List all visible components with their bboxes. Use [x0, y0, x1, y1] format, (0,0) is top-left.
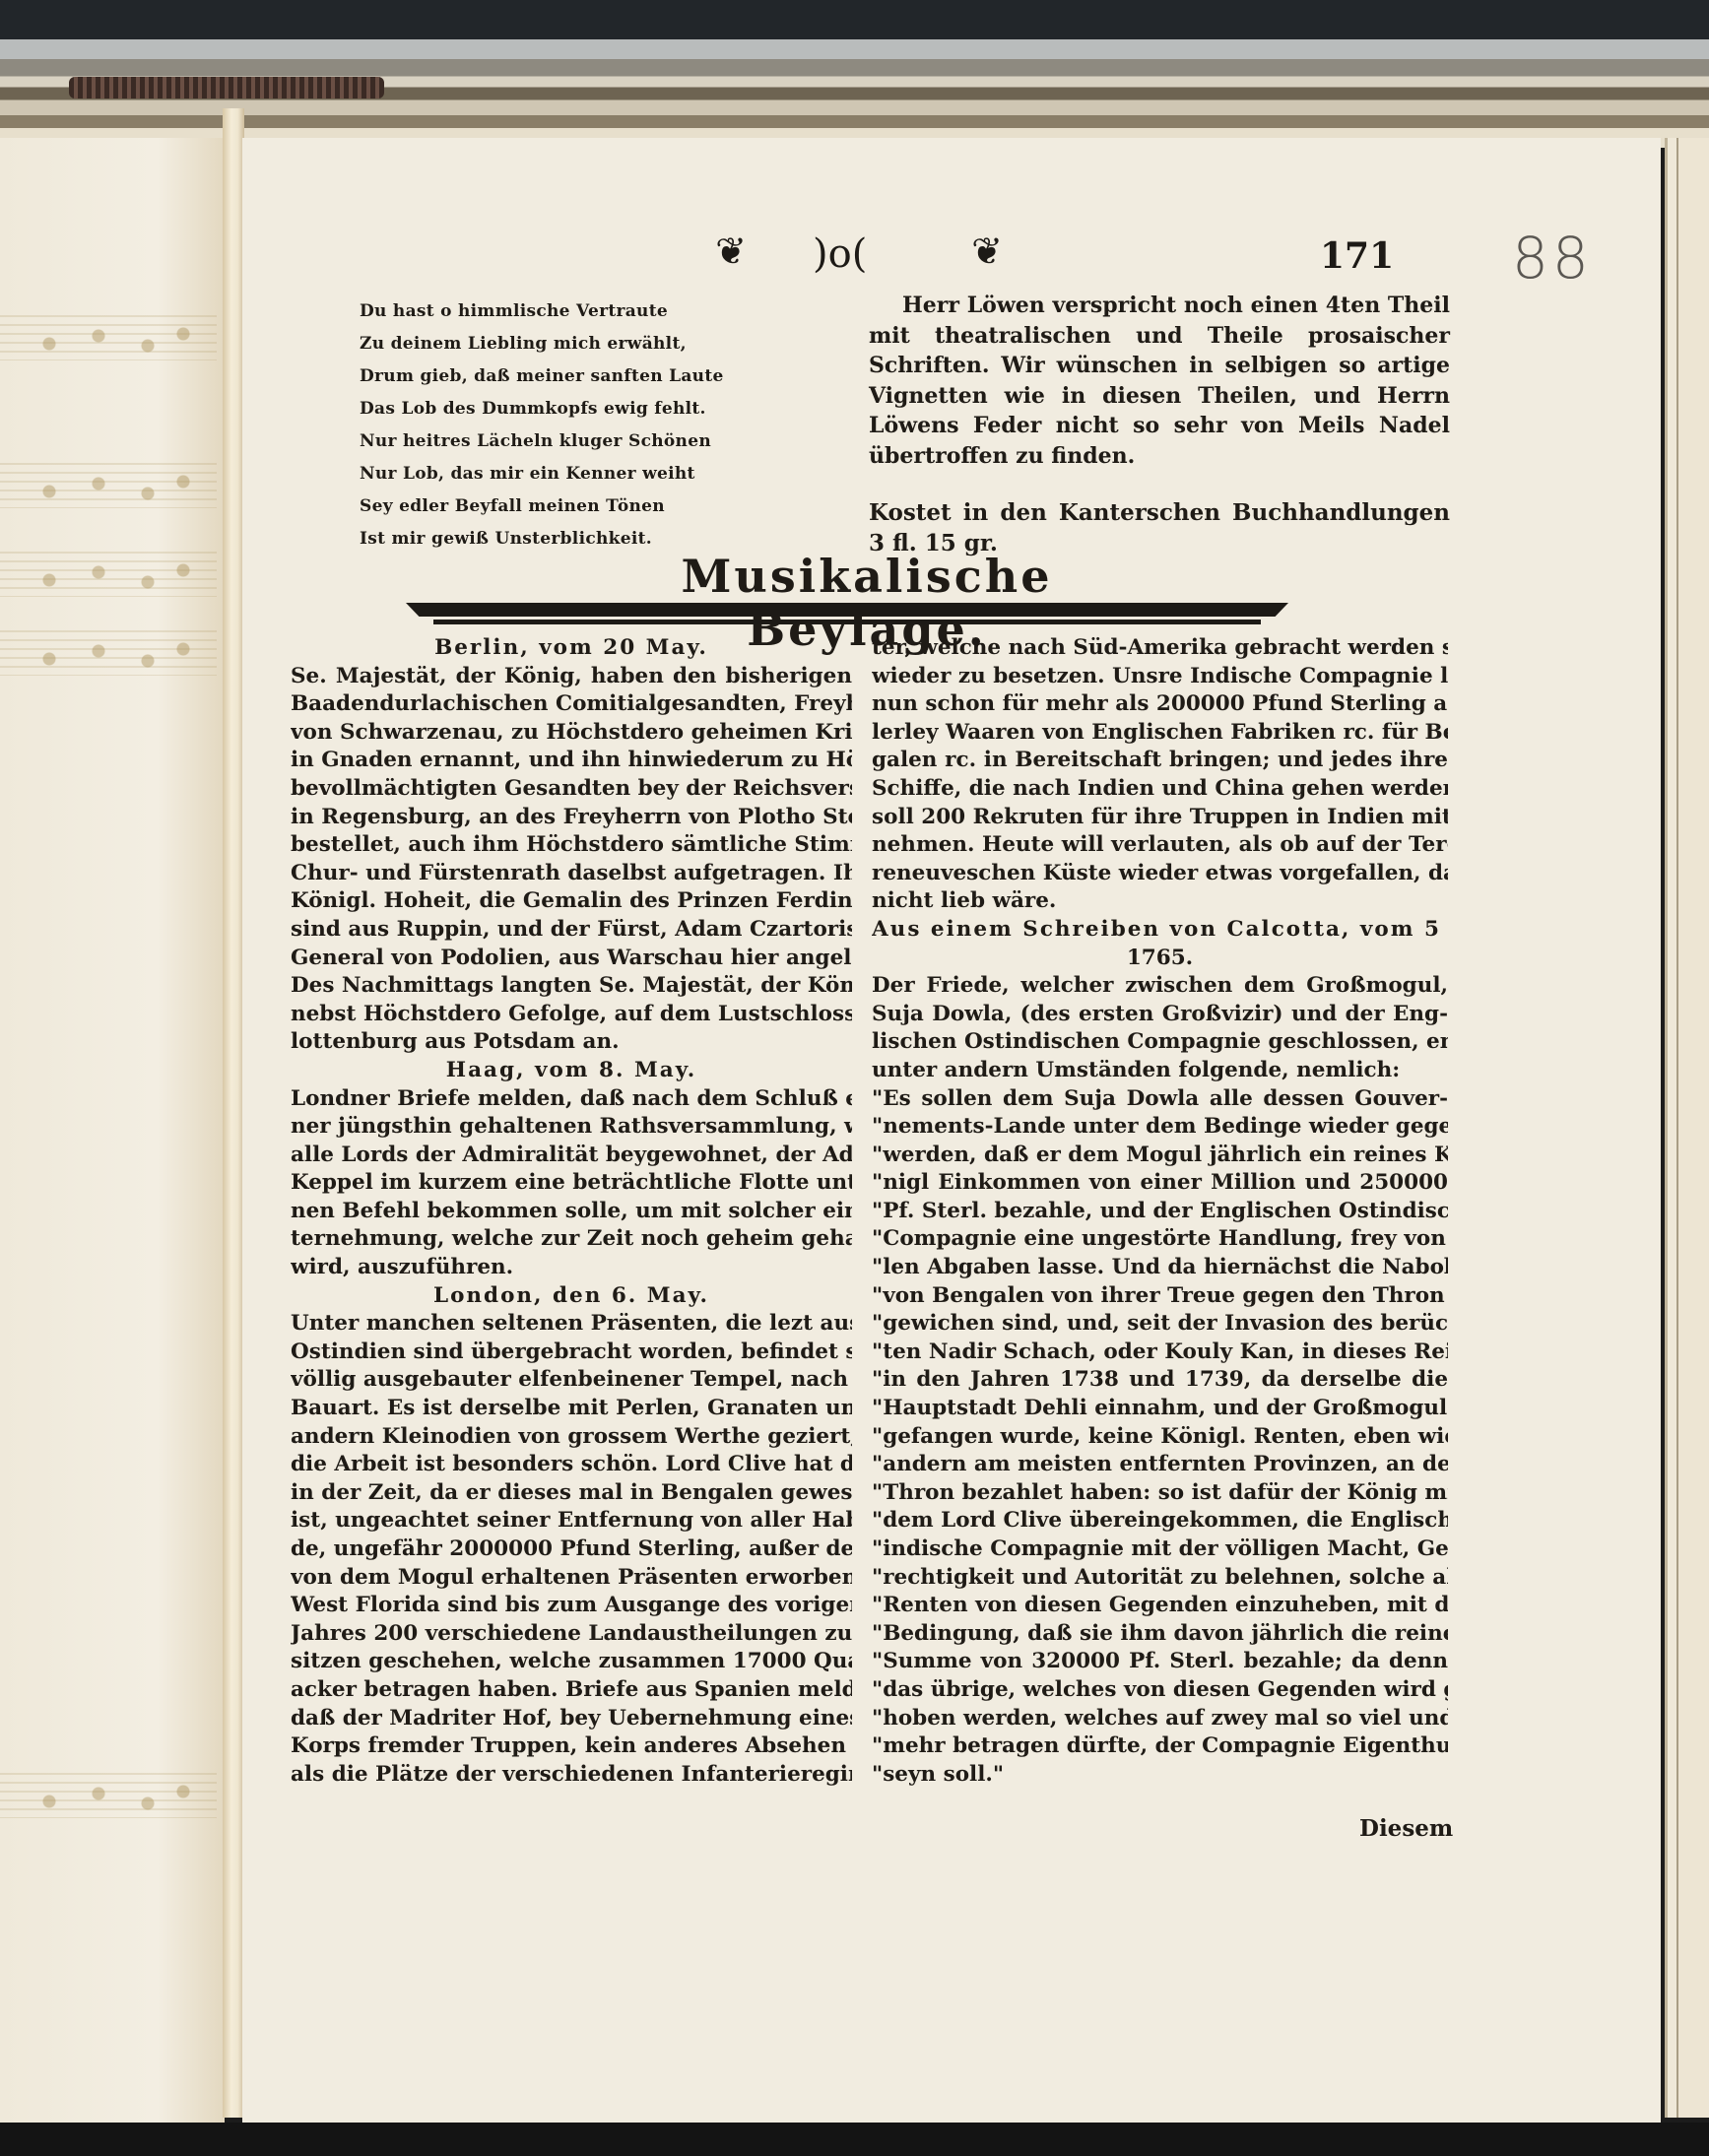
- text-line: Unter manchen seltenen Präsenten, die le…: [291, 1310, 852, 1339]
- text-line: "andern am meisten entfernten Provinzen,…: [872, 1451, 1448, 1479]
- text-line: Londner Briefe melden, daß nach dem Schl…: [291, 1085, 852, 1114]
- text-line: "werden, daß er dem Mogul jährlich ein r…: [872, 1142, 1448, 1170]
- text-line: ner jüngsthin gehaltenen Rathsversammlun…: [291, 1113, 852, 1142]
- poem-line: Du hast o himmlische Vertraute: [360, 295, 724, 328]
- text-line: "nements-Lande unter dem Bedinge wieder …: [872, 1113, 1448, 1142]
- poem-line: Zu deinem Liebling mich erwählt,: [360, 328, 724, 360]
- text-line: 1765.: [872, 945, 1448, 973]
- text-line: "von Bengalen von ihrer Treue gegen den …: [872, 1282, 1448, 1311]
- text-line: Baadendurlachischen Comitialgesandten, F…: [291, 690, 852, 719]
- text-line: "Hauptstadt Dehli einnahm, und der Großm…: [872, 1395, 1448, 1423]
- text-line: "gewichen sind, und, seit der Invasion d…: [872, 1310, 1448, 1339]
- text-line: daß der Madriter Hof, bey Uebernehmung e…: [291, 1705, 852, 1733]
- text-line: von Schwarzenau, zu Höchstdero geheimen …: [291, 719, 852, 748]
- text-line: Suja Dowla, (des ersten Großvizir) und d…: [872, 1001, 1448, 1029]
- text-line: Jahres 200 verschiedene Landaustheilunge…: [291, 1620, 852, 1649]
- left-page: [0, 138, 225, 2127]
- text-line: bestellet, auch ihm Höchstdero sämtliche…: [291, 831, 852, 860]
- text-line: Des Nachmittags langten Se. Majestät, de…: [291, 972, 852, 1001]
- bleedthrough-notes: [10, 320, 207, 359]
- text-line: reneuveschen Küste wieder etwas vorgefal…: [872, 860, 1448, 888]
- text-line: ist, ungeachtet seiner Entfernung von al…: [291, 1507, 852, 1535]
- catchword: Diesem: [1359, 1815, 1453, 1842]
- text-line: völlig ausgebauter elfenbeinener Tempel,…: [291, 1366, 852, 1395]
- text-line: Keppel im kurzem eine beträchtliche Flot…: [291, 1169, 852, 1198]
- text-line: als die Plätze der verschiedenen Infante…: [291, 1761, 852, 1790]
- text-line: wieder zu besetzen. Unsre Indische Compa…: [872, 663, 1448, 691]
- text-line: lottenburg aus Potsdam an.: [291, 1028, 852, 1057]
- text-line: "seyn soll.": [872, 1761, 1448, 1790]
- text-line: in der Zeit, da er dieses mal in Bengale…: [291, 1479, 852, 1508]
- page-stack-edge: [1665, 138, 1709, 2118]
- text-line: nebst Höchstdero Gefolge, auf dem Lustsc…: [291, 1001, 852, 1029]
- text-line: nun schon für mehr als 200000 Pfund Ster…: [872, 690, 1448, 719]
- bleedthrough-notes: [10, 468, 207, 507]
- text-line: "dem Lord Clive übereingekommen, die Eng…: [872, 1507, 1448, 1535]
- text-line: "in den Jahren 1738 und 1739, da derselb…: [872, 1366, 1448, 1395]
- text-line: "Summe von 320000 Pf. Sterl. bezahle; da…: [872, 1648, 1448, 1676]
- poem-line: Das Lob des Dummkopfs ewig fehlt.: [360, 393, 724, 425]
- page-number: 171: [1320, 235, 1394, 277]
- text-line: ternehmung, welche zur Zeit noch geheim …: [291, 1225, 852, 1254]
- text-line: "len Abgaben lasse. Und da hiernächst di…: [872, 1254, 1448, 1282]
- text-line: Se. Majestät, der König, haben den bishe…: [291, 663, 852, 691]
- text-line: General von Podolien, aus Warschau hier …: [291, 945, 852, 973]
- poem: Du hast o himmlische Vertraute Zu deinem…: [360, 295, 724, 555]
- text-line: Schiffe, die nach Indien und China gehen…: [872, 775, 1448, 804]
- text-line: "mehr betragen dürfte, der Compagnie Eig…: [872, 1732, 1448, 1761]
- news-column-left: Berlin, vom 20 May.Se. Majestät, der Kön…: [291, 634, 852, 1789]
- dateline: Haag, vom 8. May.: [291, 1057, 852, 1085]
- scan-backdrop-bottom: [0, 2123, 1709, 2156]
- title-rule: [406, 603, 1288, 617]
- dateline: Aus einem Schreiben von Calcotta, vom 5 …: [872, 916, 1448, 945]
- text-line: unter andern Umständen folgende, nemlich…: [872, 1057, 1448, 1085]
- text-line: lischen Ostindischen Compagnie geschloss…: [872, 1028, 1448, 1057]
- bleedthrough-notes: [10, 556, 207, 596]
- poem-line: Drum gieb, daß meiner sanften Laute: [360, 360, 724, 393]
- dateline: Berlin, vom 20 May.: [291, 634, 852, 663]
- text-line: Chur- und Fürstenrath daselbst aufgetrag…: [291, 860, 852, 888]
- text-line: "Thron bezahlet haben: so ist dafür der …: [872, 1479, 1448, 1508]
- text-line: "ten Nadir Schach, oder Kouly Kan, in di…: [872, 1339, 1448, 1367]
- shell-ornament-icon: ❦: [965, 231, 1009, 271]
- text-line: Korps fremder Truppen, kein anderes Abse…: [291, 1732, 852, 1761]
- book-gutter: [223, 108, 244, 2118]
- text-line: West Florida sind bis zum Ausgange des v…: [291, 1592, 852, 1620]
- text-line: Ostindien sind übergebracht worden, befi…: [291, 1339, 852, 1367]
- bleedthrough-notes: [10, 635, 207, 675]
- book-headband: [69, 77, 384, 98]
- text-line: "das übrige, welches von diesen Gegenden…: [872, 1676, 1448, 1705]
- text-line: acker betragen haben. Briefe aus Spanien…: [291, 1676, 852, 1705]
- text-line: nehmen. Heute will verlauten, als ob auf…: [872, 831, 1448, 860]
- text-line: "hoben werden, welches auf zwey mal so v…: [872, 1705, 1448, 1733]
- poem-line: Sey edler Beyfall meinen Tönen: [360, 490, 724, 523]
- text-line: lerley Waaren von Englischen Fabriken rc…: [872, 719, 1448, 748]
- text-line: Der Friede, welcher zwischen dem Großmog…: [872, 972, 1448, 1001]
- text-line: bevollmächtigten Gesandten bey der Reich…: [291, 775, 852, 804]
- text-line: nicht lieb wäre.: [872, 887, 1448, 916]
- text-line: "Renten von diesen Gegenden einzuheben, …: [872, 1592, 1448, 1620]
- text-line: andern Kleinodien von grossem Werthe gez…: [291, 1423, 852, 1452]
- text-line: "Es sollen dem Suja Dowla alle dessen Go…: [872, 1085, 1448, 1114]
- text-line: galen rc. in Bereitschaft bringen; und j…: [872, 747, 1448, 775]
- text-line: sitzen geschehen, welche zusammen 17000 …: [291, 1648, 852, 1676]
- text-line: "gefangen wurde, keine Königl. Renten, e…: [872, 1423, 1448, 1452]
- text-line: Bauart. Es ist derselbe mit Perlen, Gran…: [291, 1395, 852, 1423]
- text-line: "Bedingung, daß sie ihm davon jährlich d…: [872, 1620, 1448, 1649]
- text-line: die Arbeit ist besonders schön. Lord Cli…: [291, 1451, 852, 1479]
- center-ornament: )o(: [813, 231, 867, 277]
- text-line: nen Befehl bekommen solle, um mit solche…: [291, 1198, 852, 1226]
- text-line: in Regensburg, an des Freyherrn von Plot…: [291, 804, 852, 832]
- poem-line: Nur Lob, das mir ein Kenner weiht: [360, 458, 724, 490]
- text-line: "Compagnie eine ungestörte Handlung, fre…: [872, 1225, 1448, 1254]
- bleedthrough-notes: [10, 1778, 207, 1817]
- book-review: Herr Löwen verspricht noch einen 4ten Th…: [869, 291, 1450, 558]
- text-line: Königl. Hoheit, die Gemalin des Prinzen …: [291, 887, 852, 916]
- news-column-right: ter, welche nach Süd-Amerika gebracht we…: [872, 634, 1448, 1789]
- text-line: sind aus Ruppin, und der Fürst, Adam Cza…: [291, 916, 852, 945]
- text-line: von dem Mogul erhaltenen Präsenten erwor…: [291, 1564, 852, 1593]
- title-rule-thin: [433, 620, 1261, 624]
- text-line: "Pf. Sterl. bezahle, und der Englischen …: [872, 1198, 1448, 1226]
- text-line: soll 200 Rekruten für ihre Truppen in In…: [872, 804, 1448, 832]
- poem-line: Nur heitres Lächeln kluger Schönen: [360, 425, 724, 458]
- text-line: "nigl Einkommen von einer Million und 25…: [872, 1169, 1448, 1198]
- text-line: "rechtigkeit und Autorität zu belehnen, …: [872, 1564, 1448, 1593]
- text-line: alle Lords der Admiralität beygewohnet, …: [291, 1142, 852, 1170]
- text-line: wird, auszuführen.: [291, 1254, 852, 1282]
- text-line: in Gnaden ernannt, und ihn hinwiederum z…: [291, 747, 852, 775]
- dateline: London, den 6. May.: [291, 1282, 852, 1311]
- running-head: ❦ )o( ❦ 171: [709, 231, 1399, 281]
- archive-pencil-number: 88: [1512, 225, 1593, 292]
- text-line: ter, welche nach Süd-Amerika gebracht we…: [872, 634, 1448, 663]
- shell-ornament-icon: ❦: [709, 231, 753, 271]
- review-paragraph: Herr Löwen verspricht noch einen 4ten Th…: [869, 291, 1450, 471]
- text-line: "indische Compagnie mit der völligen Mac…: [872, 1535, 1448, 1564]
- text-line: de, ungefähr 2000000 Pfund Sterling, auß…: [291, 1535, 852, 1564]
